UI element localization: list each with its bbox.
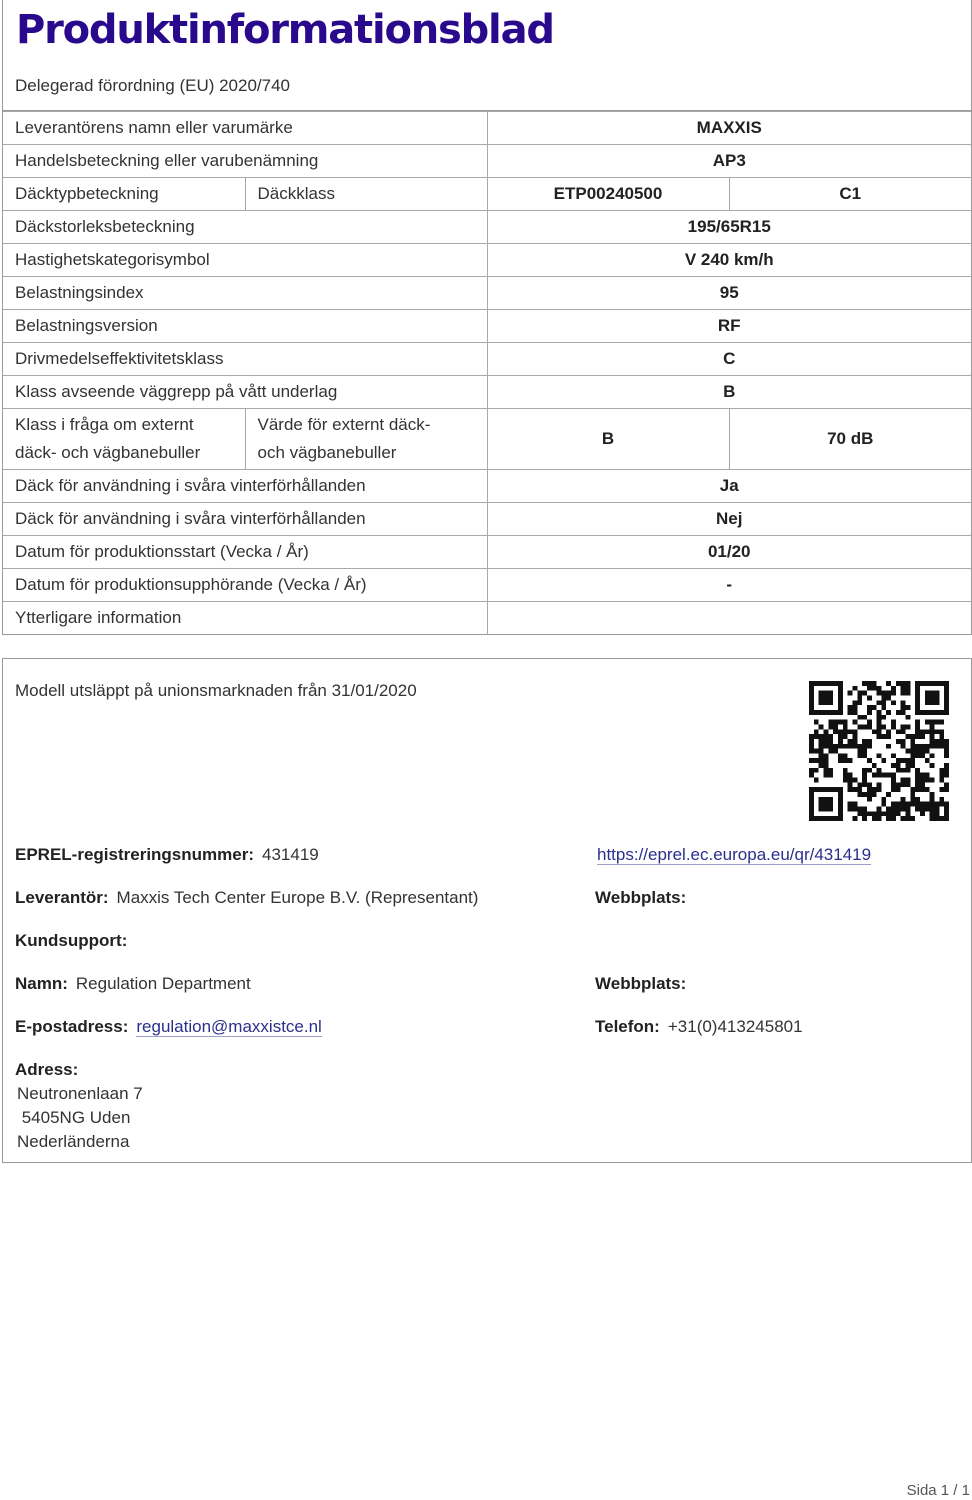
speed-value: V 240 km/h <box>487 244 971 277</box>
eprel-value: 431419 <box>262 845 319 864</box>
website-label-1: Webbplats: <box>595 888 686 907</box>
noise-class-label-line1: Klass i fråga om externt <box>15 415 194 434</box>
market-release-text: Modell utsläppt på unionsmarknaden från … <box>15 681 417 701</box>
wet-grip-label: Klass avseende väggrepp på vått underlag <box>3 376 487 409</box>
tyre-class-value: C1 <box>729 178 971 211</box>
trade-name-value: AP3 <box>487 145 971 178</box>
product-information-sheet: Produktinformationsblad Delegerad förord… <box>2 0 972 635</box>
size-value: 195/65R15 <box>487 211 971 244</box>
support-row: Kundsupport: <box>15 931 135 951</box>
email-row: E-postadress:regulation@maxxistce.nl <box>15 1017 322 1037</box>
table-row: Ytterligare information <box>3 602 971 635</box>
prod-end-label: Datum för produktionsupphörande (Vecka /… <box>3 569 487 602</box>
address-block: Neutronenlaan 7 5405NG Uden Nederländern… <box>17 1082 143 1154</box>
supplier-info-label: Leverantör: <box>15 888 109 907</box>
table-row: Däcktypbeteckning Däckklass ETP00240500 … <box>3 178 971 211</box>
table-row: Datum för produktionsstart (Vecka / År) … <box>3 536 971 569</box>
phone-label: Telefon: <box>595 1017 660 1036</box>
ice-label: Däck för användning i svåra vinterförhål… <box>3 503 487 536</box>
supplier-row: Leverantör:Maxxis Tech Center Europe B.V… <box>15 888 478 908</box>
supplier-info-value: Maxxis Tech Center Europe B.V. (Represen… <box>117 888 479 907</box>
email-link[interactable]: regulation@maxxistce.nl <box>136 1017 321 1037</box>
fuel-class-value: C <box>487 343 971 376</box>
noise-value-label-line2: och vägbanebuller <box>258 443 397 462</box>
wet-grip-value: B <box>487 376 971 409</box>
tyre-class-label: Däckklass <box>245 178 487 211</box>
table-row: Belastningsindex 95 <box>3 277 971 310</box>
load-version-label: Belastningsversion <box>3 310 487 343</box>
additional-info-label: Ytterligare information <box>3 602 487 635</box>
address-line-3: Nederländerna <box>17 1130 143 1154</box>
load-index-value: 95 <box>487 277 971 310</box>
tyre-type-label: Däcktypbeteckning <box>3 178 245 211</box>
eprel-label: EPREL-registreringsnummer: <box>15 845 254 864</box>
address-label-row: Adress: <box>15 1060 86 1080</box>
speed-label: Hastighetskategorisymbol <box>3 244 487 277</box>
name-label: Namn: <box>15 974 68 993</box>
name-value: Regulation Department <box>76 974 251 993</box>
additional-info-value <box>487 602 971 635</box>
fuel-class-label: Drivmedelseffektivitetsklass <box>3 343 487 376</box>
address-label: Adress: <box>15 1060 78 1079</box>
noise-class-label: Klass i fråga om externt däck- och vägba… <box>3 409 245 470</box>
table-row: Hastighetskategorisymbol V 240 km/h <box>3 244 971 277</box>
website-row-2: Webbplats: <box>595 974 694 994</box>
website-row-1: Webbplats: <box>595 888 694 908</box>
table-row: Däck för användning i svåra vinterförhål… <box>3 470 971 503</box>
noise-value-label: Värde för externt däck- och vägbanebulle… <box>245 409 487 470</box>
table-row: Klass avseende väggrepp på vått underlag… <box>3 376 971 409</box>
table-row: Däckstorleksbeteckning 195/65R15 <box>3 211 971 244</box>
noise-value-label-line1: Värde för externt däck- <box>258 415 431 434</box>
eprel-link[interactable]: https://eprel.ec.europa.eu/qr/431419 <box>597 845 871 865</box>
prod-start-value: 01/20 <box>487 536 971 569</box>
prod-end-value: - <box>487 569 971 602</box>
tyre-data-table: Leverantörens namn eller varumärke MAXXI… <box>3 111 971 634</box>
website-label-2: Webbplats: <box>595 974 686 993</box>
table-row: Drivmedelseffektivitetsklass C <box>3 343 971 376</box>
noise-class-value: B <box>487 409 729 470</box>
name-row: Namn:Regulation Department <box>15 974 251 994</box>
prod-start-label: Datum för produktionsstart (Vecka / År) <box>3 536 487 569</box>
eprel-link-row: https://eprel.ec.europa.eu/qr/431419 <box>597 845 871 865</box>
noise-class-label-line2: däck- och vägbanebuller <box>15 443 200 462</box>
page-number: Sida 1 / 1 <box>907 1482 970 1499</box>
phone-row: Telefon:+31(0)413245801 <box>595 1017 803 1037</box>
qr-code-icon[interactable] <box>809 681 949 821</box>
table-row: Däck för användning i svåra vinterförhål… <box>3 503 971 536</box>
address-line-1: Neutronenlaan 7 <box>17 1082 143 1106</box>
table-row: Datum för produktionsupphörande (Vecka /… <box>3 569 971 602</box>
table-row: Handelsbeteckning eller varubenämning AP… <box>3 145 971 178</box>
table-row: Belastningsversion RF <box>3 310 971 343</box>
eprel-row: EPREL-registreringsnummer:431419 <box>15 845 319 865</box>
snow-value: Ja <box>487 470 971 503</box>
phone-value: +31(0)413245801 <box>668 1017 803 1036</box>
noise-db-value: 70 dB <box>729 409 971 470</box>
address-line-2: 5405NG Uden <box>17 1106 143 1130</box>
table-row: Klass i fråga om externt däck- och vägba… <box>3 409 971 470</box>
load-index-label: Belastningsindex <box>3 277 487 310</box>
size-label: Däckstorleksbeteckning <box>3 211 487 244</box>
snow-label: Däck för användning i svåra vinterförhål… <box>3 470 487 503</box>
email-label: E-postadress: <box>15 1017 128 1036</box>
supplier-value: MAXXIS <box>487 112 971 145</box>
trade-name-label: Handelsbeteckning eller varubenämning <box>3 145 487 178</box>
table-row: Leverantörens namn eller varumärke MAXXI… <box>3 112 971 145</box>
page-title: Produktinformationsblad <box>3 0 971 56</box>
ice-value: Nej <box>487 503 971 536</box>
supplier-info-box: Modell utsläppt på unionsmarknaden från … <box>2 658 972 1163</box>
tyre-type-value: ETP00240500 <box>487 178 729 211</box>
regulation-subtitle: Delegerad förordning (EU) 2020/740 <box>3 56 971 111</box>
support-label: Kundsupport: <box>15 931 127 950</box>
supplier-label: Leverantörens namn eller varumärke <box>3 112 487 145</box>
load-version-value: RF <box>487 310 971 343</box>
